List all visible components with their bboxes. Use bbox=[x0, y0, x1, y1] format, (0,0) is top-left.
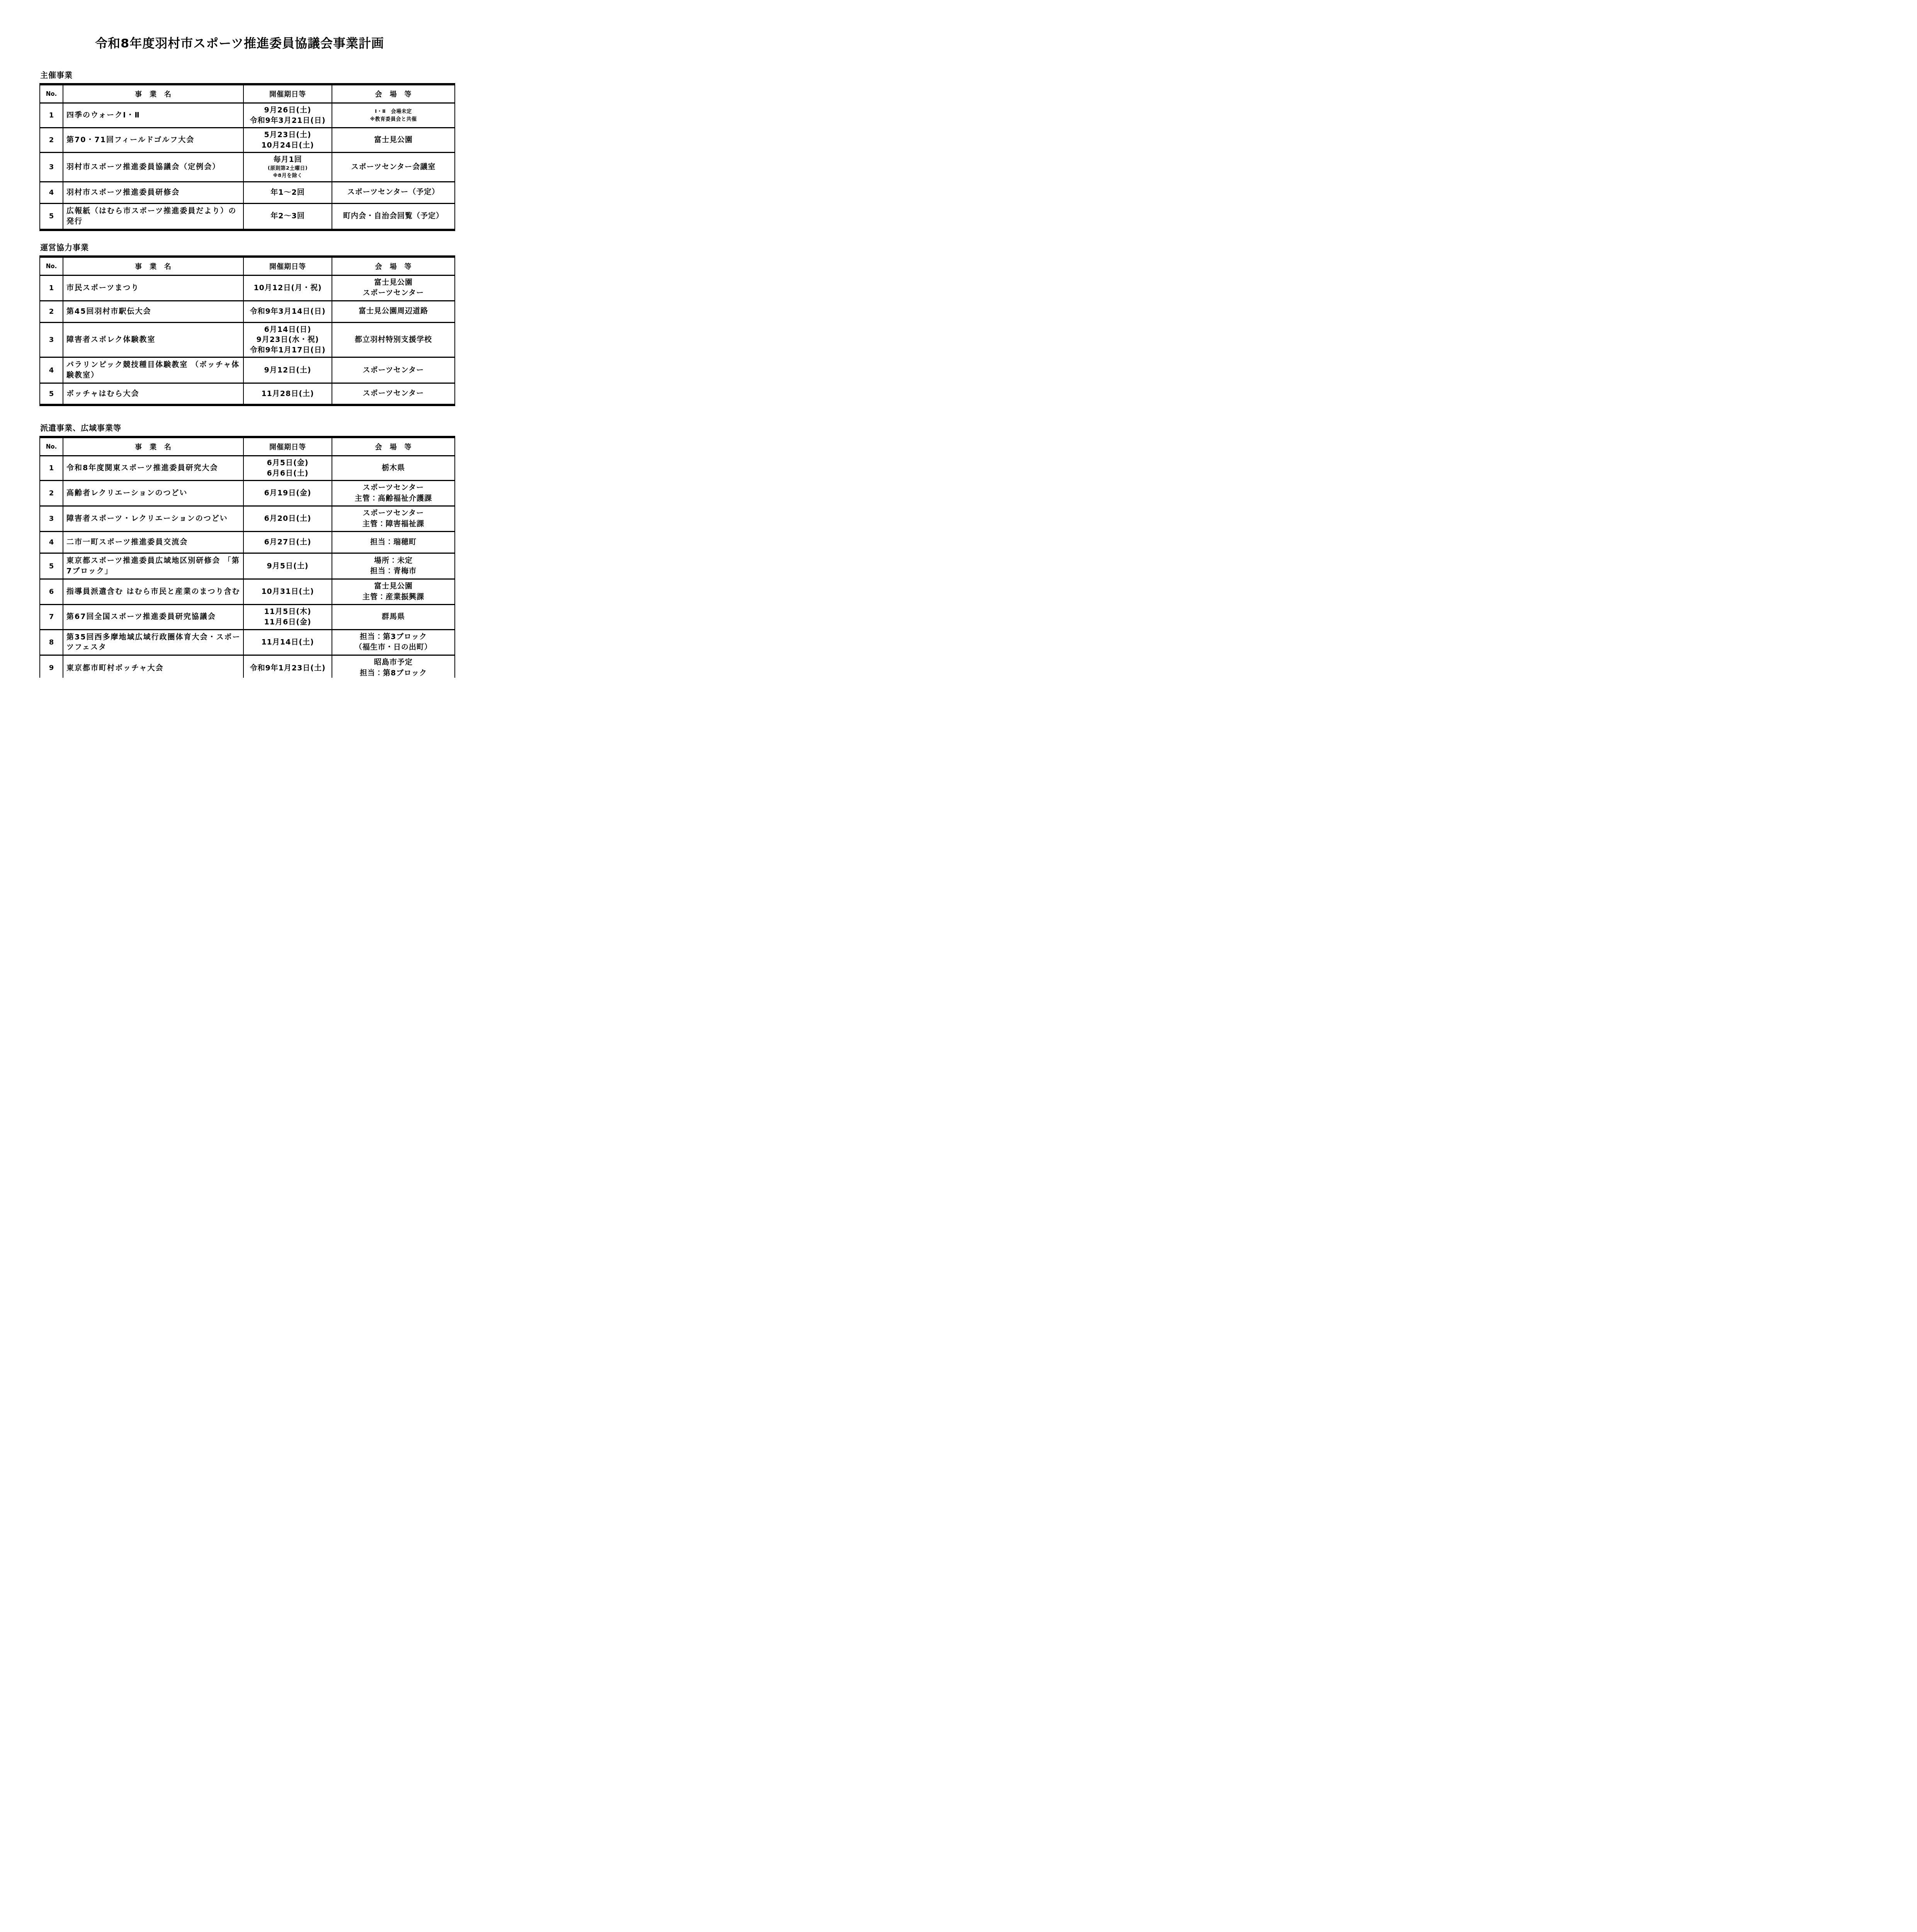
cell-no: 2 bbox=[40, 128, 63, 153]
cell-no: 1 bbox=[40, 275, 63, 301]
cell-no-text: 5 bbox=[49, 212, 54, 220]
header-cell-date: 開催期日等 bbox=[243, 84, 332, 103]
cell-date: 令和9年3月14日(日) bbox=[243, 301, 332, 322]
cell-date: 10月12日(月・祝) bbox=[243, 275, 332, 301]
cell-venue-text: スポーツセンター 主管：高齢福祉介護課 bbox=[355, 483, 432, 503]
cell-name: 高齢者レクリエーションのつどい bbox=[63, 481, 243, 506]
cell-name-text: 第70・71回フィールドゴルフ大会 bbox=[66, 136, 194, 144]
cell-date: 6月20日(土) bbox=[243, 506, 332, 532]
cell-date: 毎月1回(原則第2土曜日) ※8月を除く bbox=[243, 153, 332, 182]
cell-venue-text: 群馬県 bbox=[382, 612, 405, 621]
section-title-haken-koiki: 派遣事業、広域事業等 bbox=[40, 423, 454, 433]
table-body: 1令和8年度関東スポーツ推進委員研究大会6月5日(金) 6月6日(土)栃木県2高… bbox=[40, 456, 455, 678]
table-row: 5ボッチャはむら大会11月28日(土)スポーツセンター bbox=[40, 383, 455, 405]
cell-no-text: 9 bbox=[49, 664, 54, 672]
cell-date: 9月5日(土) bbox=[243, 553, 332, 579]
cell-date-text: 9月26日(土) 令和9年3月21日(日) bbox=[250, 106, 325, 125]
header-cell-name: 事 業 名 bbox=[63, 437, 243, 456]
cell-date: 6月5日(金) 6月6日(土) bbox=[243, 456, 332, 480]
cell-venue: スポーツセンター 主管：障害福祉課 bbox=[332, 506, 455, 532]
table-body: 1市民スポーツまつり10月12日(月・祝)富士見公園 スポーツセンター2第45回… bbox=[40, 275, 455, 405]
cell-venue-text: 場所：未定 担当：青梅市 bbox=[370, 556, 417, 576]
cell-date: 11月5日(木) 11月6日(金) bbox=[243, 605, 332, 629]
cell-name-text: 広報紙（はむら市スポーツ推進委員だより）の発行 bbox=[66, 207, 236, 226]
cell-no-text: 1 bbox=[49, 464, 54, 472]
cell-no-text: 4 bbox=[49, 189, 54, 197]
cell-no-text: 1 bbox=[49, 111, 54, 119]
cell-name: 東京都市町村ボッチャ大会 bbox=[63, 655, 243, 678]
cell-name-text: 東京都スポーツ推進委員広域地区別研修会 「第7ブロック」 bbox=[66, 556, 240, 575]
cell-venue-text: 富士見公園 主管：産業振興課 bbox=[362, 582, 424, 601]
table-row: 5広報紙（はむら市スポーツ推進委員だより）の発行年2～3回町内会・自治会回覧（予… bbox=[40, 203, 455, 230]
cell-date-text: 年1～2回 bbox=[270, 188, 304, 197]
cell-venue: 富士見公園周辺道路 bbox=[332, 301, 455, 322]
cell-date-note: (原則第2土曜日) ※8月を除く bbox=[245, 165, 331, 180]
schedule-table-haken-koiki: No. 事 業 名 開催期日等 会 場 等 1令和8年度関東スポーツ推進委員研究… bbox=[39, 436, 455, 678]
cell-name: 東京都スポーツ推進委員広域地区別研修会 「第7ブロック」 bbox=[63, 553, 243, 579]
cell-venue: 富士見公園 スポーツセンター bbox=[332, 275, 455, 301]
cell-name: 第70・71回フィールドゴルフ大会 bbox=[63, 128, 243, 153]
cell-name-text: 障害者スポレク体験教室 bbox=[66, 335, 156, 344]
cell-venue-text: スポーツセンター bbox=[363, 366, 424, 374]
cell-name-text: 二市一町スポーツ推進委員交流会 bbox=[66, 538, 188, 546]
cell-venue: Ⅰ・Ⅱ 会場未定 ※教育委員会と共催 bbox=[332, 103, 455, 128]
cell-no: 3 bbox=[40, 322, 63, 357]
schedule-table-unei-kyoryoku: No. 事 業 名 開催期日等 会 場 等 1市民スポーツまつり10月12日(月… bbox=[39, 255, 455, 406]
document-content: 主催事業 No. 事 業 名 開催期日等 会 場 等 1四季のウォークⅠ・Ⅱ9月… bbox=[39, 70, 454, 678]
cell-name: 障害者スポーツ・レクリエーションのつどい bbox=[63, 506, 243, 532]
cell-no-text: 3 bbox=[49, 163, 54, 171]
table-row: 8第35回西多摩地域広域行政圏体育大会・スポーツフェスタ11月14日(土)担当：… bbox=[40, 629, 455, 655]
table-header-row: No. 事 業 名 開催期日等 会 場 等 bbox=[40, 84, 455, 103]
page-title: 令和8年度羽村市スポーツ推進委員協議会事業計画 bbox=[0, 36, 479, 51]
cell-no-text: 4 bbox=[49, 538, 54, 546]
table-row: 3障害者スポーツ・レクリエーションのつどい6月20日(土)スポーツセンター 主管… bbox=[40, 506, 455, 532]
cell-date-text: 6月5日(金) 6月6日(土) bbox=[267, 459, 309, 478]
table-row: 4パラリンピック競技種目体験教室 （ボッチャ体験教室）9月12日(土)スポーツセ… bbox=[40, 357, 455, 383]
cell-no-text: 7 bbox=[49, 613, 54, 621]
cell-no: 1 bbox=[40, 456, 63, 480]
cell-date-text: 9月12日(土) bbox=[264, 366, 311, 374]
cell-no: 2 bbox=[40, 301, 63, 322]
cell-date-text: 6月14日(日) 9月23日(水・祝) 令和9年1月17日(日) bbox=[250, 325, 325, 354]
cell-venue: スポーツセンター bbox=[332, 357, 455, 383]
cell-name-text: 第35回西多摩地域広域行政圏体育大会・スポーツフェスタ bbox=[66, 633, 240, 652]
cell-venue-text: 富士見公園 bbox=[374, 136, 413, 144]
cell-name: 第45回羽村市駅伝大会 bbox=[63, 301, 243, 322]
cell-venue-text: 富士見公園 スポーツセンター bbox=[363, 278, 424, 298]
table-row: 3障害者スポレク体験教室6月14日(日) 9月23日(水・祝) 令和9年1月17… bbox=[40, 322, 455, 357]
cell-name: 広報紙（はむら市スポーツ推進委員だより）の発行 bbox=[63, 203, 243, 230]
cell-date: 6月19日(金) bbox=[243, 481, 332, 506]
cell-name-text: 高齢者レクリエーションのつどい bbox=[66, 489, 187, 497]
cell-venue-text: スポーツセンター 主管：障害福祉課 bbox=[362, 509, 424, 528]
header-cell-venue: 会 場 等 bbox=[332, 257, 455, 276]
table-row: 9東京都市町村ボッチャ大会令和9年1月23日(土)昭島市予定 担当：第8ブロック bbox=[40, 655, 455, 678]
cell-no: 4 bbox=[40, 357, 63, 383]
cell-name: 令和8年度関東スポーツ推進委員研究大会 bbox=[63, 456, 243, 480]
cell-name: 市民スポーツまつり bbox=[63, 275, 243, 301]
cell-no-text: 2 bbox=[49, 308, 54, 316]
cell-name: 二市一町スポーツ推進委員交流会 bbox=[63, 532, 243, 553]
cell-date-text: 令和9年3月14日(日) bbox=[250, 307, 325, 316]
cell-date-text: 年2～3回 bbox=[270, 212, 304, 220]
cell-date-text: 10月31日(土) bbox=[261, 587, 314, 596]
cell-name: 障害者スポレク体験教室 bbox=[63, 322, 243, 357]
cell-no: 2 bbox=[40, 481, 63, 506]
cell-date-text: 6月19日(金) bbox=[264, 489, 311, 497]
cell-no-text: 2 bbox=[49, 136, 54, 144]
cell-venue: 場所：未定 担当：青梅市 bbox=[332, 553, 455, 579]
cell-name-text: 四季のウォークⅠ・Ⅱ bbox=[66, 111, 140, 119]
cell-venue: 町内会・自治会回覧（予定） bbox=[332, 203, 455, 230]
table-row: 3羽村市スポーツ推進委員協議会（定例会）毎月1回(原則第2土曜日) ※8月を除く… bbox=[40, 153, 455, 182]
cell-no-text: 1 bbox=[49, 284, 54, 292]
header-cell-date: 開催期日等 bbox=[243, 437, 332, 456]
cell-no: 4 bbox=[40, 532, 63, 553]
cell-venue-text: 町内会・自治会回覧（予定） bbox=[343, 212, 444, 220]
cell-date: 年2～3回 bbox=[243, 203, 332, 230]
cell-date-text: 11月5日(木) 11月6日(金) bbox=[264, 607, 311, 626]
section-title-unei-kyoryoku: 運営協力事業 bbox=[40, 243, 454, 253]
cell-venue-text: Ⅰ・Ⅱ 会場未定 ※教育委員会と共催 bbox=[370, 109, 417, 122]
cell-venue-text: 担当：瑞穂町 bbox=[370, 538, 417, 546]
document-page: 令和8年度羽村市スポーツ推進委員協議会事業計画 主催事業 No. 事 業 名 開… bbox=[0, 0, 479, 678]
cell-no-text: 5 bbox=[49, 390, 54, 398]
cell-date: 9月26日(土) 令和9年3月21日(日) bbox=[243, 103, 332, 128]
cell-date-text: 6月27日(土) bbox=[264, 538, 311, 546]
cell-date: 6月14日(日) 9月23日(水・祝) 令和9年1月17日(日) bbox=[243, 322, 332, 357]
cell-name: 指導員派遣含む はむら市民と産業のまつり含む bbox=[63, 579, 243, 605]
cell-date-text: 5月23日(土) 10月24日(土) bbox=[261, 131, 314, 150]
header-cell-name: 事 業 名 bbox=[63, 84, 243, 103]
cell-name: ボッチャはむら大会 bbox=[63, 383, 243, 405]
header-cell-no: No. bbox=[40, 437, 63, 456]
cell-name-text: 障害者スポーツ・レクリエーションのつどい bbox=[66, 514, 228, 523]
cell-no-text: 3 bbox=[49, 336, 54, 344]
cell-no: 6 bbox=[40, 579, 63, 605]
cell-no-text: 4 bbox=[49, 366, 54, 374]
cell-no: 5 bbox=[40, 203, 63, 230]
cell-date-text: 6月20日(土) bbox=[264, 514, 311, 523]
cell-venue: スポーツセンター 主管：高齢福祉介護課 bbox=[332, 481, 455, 506]
cell-name-text: 令和8年度関東スポーツ推進委員研究大会 bbox=[66, 464, 218, 472]
cell-venue: スポーツセンター会議室 bbox=[332, 153, 455, 182]
cell-date-text: 毎月1回 bbox=[273, 155, 302, 164]
cell-name: 羽村市スポーツ推進委員協議会（定例会） bbox=[63, 153, 243, 182]
cell-name: 四季のウォークⅠ・Ⅱ bbox=[63, 103, 243, 128]
cell-name-text: パラリンピック競技種目体験教室 （ボッチャ体験教室） bbox=[66, 361, 240, 379]
cell-date: 10月31日(土) bbox=[243, 579, 332, 605]
cell-venue: 昭島市予定 担当：第8ブロック bbox=[332, 655, 455, 678]
cell-name: パラリンピック競技種目体験教室 （ボッチャ体験教室） bbox=[63, 357, 243, 383]
table-row: 1市民スポーツまつり10月12日(月・祝)富士見公園 スポーツセンター bbox=[40, 275, 455, 301]
cell-name-text: 東京都市町村ボッチャ大会 bbox=[66, 664, 163, 672]
table-header-row: No. 事 業 名 開催期日等 会 場 等 bbox=[40, 437, 455, 456]
table-row: 5東京都スポーツ推進委員広域地区別研修会 「第7ブロック」9月5日(土)場所：未… bbox=[40, 553, 455, 579]
cell-no-text: 2 bbox=[49, 489, 54, 497]
cell-no-text: 6 bbox=[49, 588, 54, 596]
cell-no-text: 3 bbox=[49, 515, 54, 523]
cell-name-text: 羽村市スポーツ推進委員協議会（定例会） bbox=[66, 163, 220, 171]
header-cell-venue: 会 場 等 bbox=[332, 84, 455, 103]
cell-name-text: 市民スポーツまつり bbox=[66, 284, 139, 292]
cell-venue-text: スポーツセンター bbox=[363, 389, 424, 398]
section-title-shusai: 主催事業 bbox=[40, 70, 454, 80]
table-row: 2第70・71回フィールドゴルフ大会5月23日(土) 10月24日(土)富士見公… bbox=[40, 128, 455, 153]
cell-no: 3 bbox=[40, 153, 63, 182]
cell-venue: スポーツセンター（予定） bbox=[332, 182, 455, 203]
cell-no-text: 5 bbox=[49, 562, 54, 570]
table-row: 6指導員派遣含む はむら市民と産業のまつり含む10月31日(土)富士見公園 主管… bbox=[40, 579, 455, 605]
cell-venue: 群馬県 bbox=[332, 605, 455, 629]
cell-name-text: ボッチャはむら大会 bbox=[66, 389, 139, 398]
cell-date-text: 11月28日(土) bbox=[261, 389, 314, 398]
cell-name-text: 指導員派遣含む はむら市民と産業のまつり含む bbox=[66, 587, 240, 596]
cell-date: 11月14日(土) bbox=[243, 629, 332, 655]
table-row: 2第45回羽村市駅伝大会令和9年3月14日(日)富士見公園周辺道路 bbox=[40, 301, 455, 322]
cell-no: 5 bbox=[40, 553, 63, 579]
header-cell-no: No. bbox=[40, 257, 63, 276]
table-row: 4二市一町スポーツ推進委員交流会6月27日(土)担当：瑞穂町 bbox=[40, 532, 455, 553]
cell-date: 年1～2回 bbox=[243, 182, 332, 203]
cell-no: 5 bbox=[40, 383, 63, 405]
cell-name-text: 羽村市スポーツ推進委員研修会 bbox=[66, 188, 180, 197]
cell-venue-text: 担当：第3ブロック （福生市・日の出町） bbox=[355, 633, 432, 652]
table-header-row: No. 事 業 名 開催期日等 会 場 等 bbox=[40, 257, 455, 276]
cell-no: 7 bbox=[40, 605, 63, 629]
cell-venue: 都立羽村特別支援学校 bbox=[332, 322, 455, 357]
cell-no: 4 bbox=[40, 182, 63, 203]
cell-name: 第67回全国スポーツ推進委員研究協議会 bbox=[63, 605, 243, 629]
cell-venue: 富士見公園 主管：産業振興課 bbox=[332, 579, 455, 605]
table-row: 2高齢者レクリエーションのつどい6月19日(金)スポーツセンター 主管：高齢福祉… bbox=[40, 481, 455, 506]
cell-date-text: 11月14日(土) bbox=[261, 638, 314, 646]
cell-date: 9月12日(土) bbox=[243, 357, 332, 383]
cell-date: 5月23日(土) 10月24日(土) bbox=[243, 128, 332, 153]
table-row: 4羽村市スポーツ推進委員研修会年1～2回スポーツセンター（予定） bbox=[40, 182, 455, 203]
cell-venue-text: 都立羽村特別支援学校 bbox=[355, 335, 432, 344]
header-cell-no: No. bbox=[40, 84, 63, 103]
cell-venue: 栃木県 bbox=[332, 456, 455, 480]
cell-venue: 担当：瑞穂町 bbox=[332, 532, 455, 553]
cell-venue: スポーツセンター bbox=[332, 383, 455, 405]
cell-venue-text: 昭島市予定 担当：第8ブロック bbox=[360, 658, 427, 677]
cell-no: 8 bbox=[40, 629, 63, 655]
cell-venue-text: 栃木県 bbox=[382, 464, 405, 472]
header-cell-date: 開催期日等 bbox=[243, 257, 332, 276]
header-cell-name: 事 業 名 bbox=[63, 257, 243, 276]
cell-date: 令和9年1月23日(土) bbox=[243, 655, 332, 678]
cell-no: 9 bbox=[40, 655, 63, 678]
cell-no: 3 bbox=[40, 506, 63, 532]
header-cell-venue: 会 場 等 bbox=[332, 437, 455, 456]
cell-no: 1 bbox=[40, 103, 63, 128]
cell-date-text: 令和9年1月23日(土) bbox=[250, 664, 325, 672]
table-row: 7第67回全国スポーツ推進委員研究協議会11月5日(木) 11月6日(金)群馬県 bbox=[40, 605, 455, 629]
cell-date: 6月27日(土) bbox=[243, 532, 332, 553]
cell-venue-text: 富士見公園周辺道路 bbox=[359, 307, 428, 315]
cell-name-text: 第67回全国スポーツ推進委員研究協議会 bbox=[66, 612, 216, 621]
cell-date-text: 10月12日(月・祝) bbox=[253, 284, 321, 292]
table-row: 1四季のウォークⅠ・Ⅱ9月26日(土) 令和9年3月21日(日)Ⅰ・Ⅱ 会場未定… bbox=[40, 103, 455, 128]
cell-venue: 富士見公園 bbox=[332, 128, 455, 153]
cell-name-text: 第45回羽村市駅伝大会 bbox=[66, 307, 151, 316]
table-body: 1四季のウォークⅠ・Ⅱ9月26日(土) 令和9年3月21日(日)Ⅰ・Ⅱ 会場未定… bbox=[40, 103, 455, 230]
cell-date: 11月28日(土) bbox=[243, 383, 332, 405]
cell-name: 羽村市スポーツ推進委員研修会 bbox=[63, 182, 243, 203]
schedule-table-shusai: No. 事 業 名 開催期日等 会 場 等 1四季のウォークⅠ・Ⅱ9月26日(土… bbox=[39, 83, 455, 231]
cell-venue: 担当：第3ブロック （福生市・日の出町） bbox=[332, 629, 455, 655]
cell-name: 第35回西多摩地域広域行政圏体育大会・スポーツフェスタ bbox=[63, 629, 243, 655]
cell-venue-text: スポーツセンター会議室 bbox=[351, 163, 435, 171]
cell-no-text: 8 bbox=[49, 638, 54, 646]
cell-venue-text: スポーツセンター（予定） bbox=[347, 188, 439, 196]
cell-date-text: 9月5日(土) bbox=[267, 562, 309, 570]
table-row: 1令和8年度関東スポーツ推進委員研究大会6月5日(金) 6月6日(土)栃木県 bbox=[40, 456, 455, 480]
